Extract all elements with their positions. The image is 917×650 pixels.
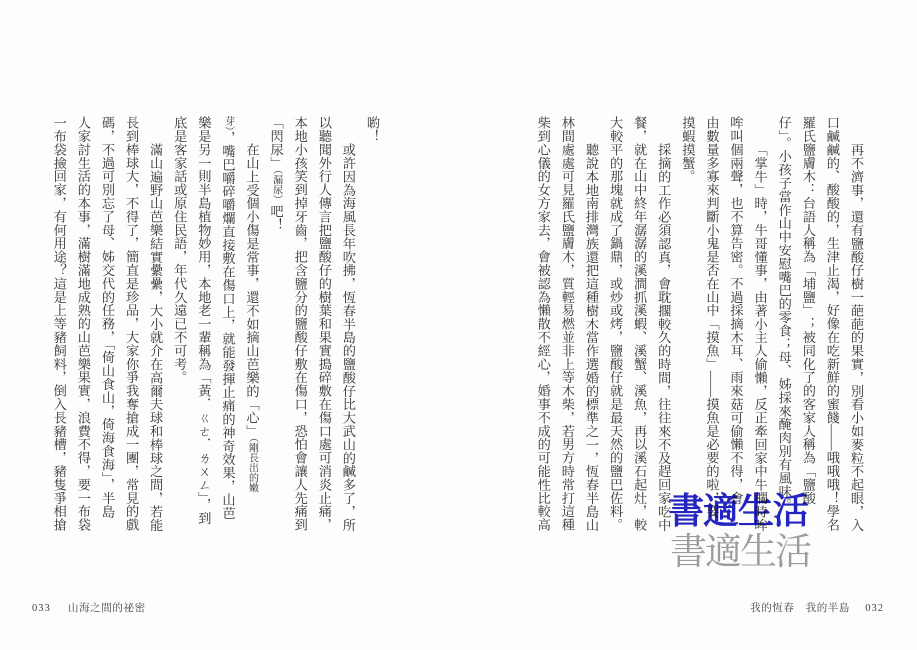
- text-column: 滿山遍野山芭樂結實纍纍，大小就介在高爾夫球和棒球之間，若能: [143, 116, 167, 556]
- body-text: 仔」。小孩子當作山中安慰嘴巴的零食；母、姊採來醃肉別有風味。: [777, 116, 792, 511]
- body-text: 聽說本地南排灣族還把這種樹木當作選婚的標準之一，恆春半島山: [584, 143, 599, 532]
- running-title-chapter: 山海之間的祕密: [68, 603, 146, 614]
- body-text: 羅氏鹽膚木：台語人稱為「埔鹽」；被同化了的客家人稱為「鹽酸: [801, 116, 816, 505]
- body-text: 本地小孩笑到掉牙齒，把含鹽分的鹽酸仔敷在傷口，恐怕會讓人先痛到: [293, 116, 308, 531]
- body-text: 以聽聞外行人傳言把鹽酸仔的樹葉和果實搗碎敷在傷口處可消炎止痛，: [317, 116, 332, 531]
- text-column: 以聽聞外行人傳言把鹽酸仔的樹葉和果實搗碎敷在傷口處可消炎止痛，: [312, 116, 336, 556]
- left-page-text: 喲！或許因為海風長年吹拂，恆春半島的鹽酸仔比大武山的鹹多了，所以聽聞外行人傳言把…: [46, 116, 384, 558]
- body-text: 一布袋撿回家，有何用途？這是上等豬飼料，倒入長豬槽，豬隻爭相搶: [52, 116, 67, 531]
- body-text: 碼，不過可別忘了母、姊交代的任務，「倚山食山，倚海食海」，半島: [100, 116, 115, 518]
- text-column: 碼，不過可別忘了母、姊交代的任務，「倚山食山，倚海食海」，半島: [95, 116, 119, 556]
- text-column: 哞叫個兩聲，也不算告密。不過採摘木耳、雨來菇可偷懶不得，會: [723, 116, 747, 556]
- body-text: 吧！: [269, 205, 284, 232]
- right-page-text: 再不濟事，還有鹽酸仔樹一葩葩的果實，別看小如麥粒不起眼，入口鹹鹹的、酸酸的，生津…: [530, 116, 868, 558]
- body-text: ，嘴巴嚼碎嚼爛直接敷在傷口上，就能發揮止痛的神奇效果，山芭: [220, 131, 235, 520]
- body-text: 「閃尿」: [269, 116, 284, 170]
- text-column: 大較平的那塊就成了鍋鼎，或炒或烤，鹽酸仔就是最天然的鹽巴佐料。: [603, 116, 627, 556]
- body-text: 口鹹鹹的、酸酸的，生津止渴，好像在吃新鮮的蜜餞——哦哦哦！學名: [825, 116, 840, 531]
- body-text: 再不濟事，還有鹽酸仔樹一葩葩的果實，別看小如麥粒不起眼，入: [849, 143, 864, 532]
- text-column: 喲！: [360, 116, 384, 556]
- body-text: 由數量多寡來判斷小鬼是否在山中「摸魚」——摸魚是必要的啦，要: [704, 116, 719, 518]
- text-column: 或許因為海風長年吹拂，恆春半島的鹽酸仔比大武山的鹹多了，所: [336, 116, 360, 556]
- text-column: 「掌牛」時，牛哥懂事，由著小主人偷懶，反正牽回家中牛欄時哞: [748, 116, 772, 556]
- body-text: 餐，就在山中終年潺潺的溪澗抓溪蝦、溪蟹、溪魚，再以溪石起灶，較: [632, 116, 647, 531]
- book-spread: 喲！或許因為海風長年吹拂，恆春半島的鹽酸仔比大武山的鹹多了，所以聽聞外行人傳言把…: [0, 0, 917, 650]
- body-text: 大較平的那塊就成了鍋鼎，或炒或烤，鹽酸仔就是最天然的鹽巴佐料。: [608, 116, 623, 531]
- body-text: 人家討生活的本事，滿樹滿地成熟的山芭樂果實，浪費不得，要一布袋: [76, 116, 91, 531]
- text-column: 長到棒球大，不得了，簡直是珍品，大家你爭我奪搶成一團，常見的戲: [119, 116, 143, 556]
- text-column: 採摘的工作必須認真，會耽擱較久的時間，往往來不及趕回家吃中: [651, 116, 675, 556]
- body-text: 長到棒球大，不得了，簡直是珍品，大家你爭我奪搶成一團，常見的戲: [124, 116, 139, 531]
- text-column: 一布袋撿回家，有何用途？這是上等豬飼料，倒入長豬槽，豬隻爭相搶: [47, 116, 71, 556]
- body-text: 樂是另一則半島植物妙用，本地老一輩稱為「黃．ㄍㄜ．ㄌㄨㄥ」，到: [196, 116, 211, 525]
- text-column: 由數量多寡來判斷小鬼是否在山中「摸魚」——摸魚是必要的啦，要: [699, 116, 723, 556]
- text-column: 餐，就在山中終年潺潺的溪澗抓溪蝦、溪蟹、溪魚，再以溪石起灶，較: [627, 116, 651, 556]
- text-column: 底是客家話或原住民語，年代久遠已不可考。: [167, 116, 191, 556]
- text-column: 人家討生活的本事，滿樹滿地成熟的山芭樂果實，浪費不得，要一布袋: [71, 116, 95, 556]
- text-column: 仔」。小孩子當作山中安慰嘴巴的零食；母、姊採來醃肉別有風味。: [772, 116, 796, 556]
- text-column: 在山上受個小傷是常事，還不如摘山芭樂的「心」（剛長出的嫩: [239, 116, 263, 556]
- text-column: 柴到心儀的女方家去，會被認為懶散不經心，婚事不成的可能性比較高: [531, 116, 555, 556]
- text-column: 樂是另一則半島植物妙用，本地老一輩稱為「黃．ㄍㄜ．ㄌㄨㄥ」，到: [191, 116, 215, 556]
- text-column: 芽），嘴巴嚼碎嚼爛直接敷在傷口上，就能發揮止痛的神奇效果，山芭: [215, 116, 239, 556]
- text-column: 聽說本地南排灣族還把這種樹木當作選婚的標準之一，恆春半島山: [579, 116, 603, 556]
- annotation-text: 芽）: [222, 116, 233, 131]
- right-page-footer: 我的恆春 我的半島 032: [750, 600, 884, 615]
- text-column: 口鹹鹹的、酸酸的，生津止渴，好像在吃新鮮的蜜餞——哦哦哦！學名: [820, 116, 844, 556]
- body-text: 柴到心儀的女方家去，會被認為懶散不經心，婚事不成的可能性比較高: [536, 116, 551, 531]
- text-column: 「閃尿」（漏尿）吧！: [264, 116, 288, 556]
- page-number: 032: [865, 603, 884, 614]
- body-text: 在山上受個小傷是常事，還不如摘山芭樂的「心」: [245, 143, 260, 438]
- annotation-text: （漏尿）: [271, 170, 282, 205]
- body-text: 滿山遍野山芭樂結實纍纍，大小就介在高爾夫球和棒球之間，若能: [148, 143, 163, 532]
- text-column: 羅氏鹽膚木：台語人稱為「埔鹽」；被同化了的客家人稱為「鹽酸: [796, 116, 820, 556]
- body-text: 哞叫個兩聲，也不算告密。不過採摘木耳、雨來菇可偷懶不得，會: [729, 116, 744, 505]
- body-text: 採摘的工作必須認真，會耽擱較久的時間，往往來不及趕回家吃中: [656, 143, 671, 532]
- body-text: 喲！: [365, 116, 380, 143]
- body-text: 底是客家話或原住民語，年代久遠已不可考。: [172, 116, 187, 384]
- running-title-book: 我的恆春 我的半島: [750, 603, 850, 614]
- left-page-footer: 033 山海之間的祕密: [32, 600, 146, 615]
- page-number: 033: [32, 603, 51, 614]
- body-text: 摸蝦摸蟹。: [680, 116, 695, 183]
- text-column: 林間處處可見羅氏鹽膚木，質輕易燃並非上等木柴，若男方時常打這種: [555, 116, 579, 556]
- annotation-text: （剛長出的嫩: [247, 438, 258, 493]
- body-text: 「掌牛」時，牛哥懂事，由著小主人偷懶，反正牽回家中牛欄時哞: [753, 143, 768, 532]
- text-column: 摸蝦摸蟹。: [675, 116, 699, 556]
- text-column: 本地小孩笑到掉牙齒，把含鹽分的鹽酸仔敷在傷口，恐怕會讓人先痛到: [288, 116, 312, 556]
- text-column: 再不濟事，還有鹽酸仔樹一葩葩的果實，別看小如麥粒不起眼，入: [844, 116, 868, 556]
- body-text: 或許因為海風長年吹拂，恆春半島的鹽酸仔比大武山的鹹多了，所: [341, 143, 356, 532]
- body-text: 林間處處可見羅氏鹽膚木，質輕易燃並非上等木柴，若男方時常打這種: [560, 116, 575, 531]
